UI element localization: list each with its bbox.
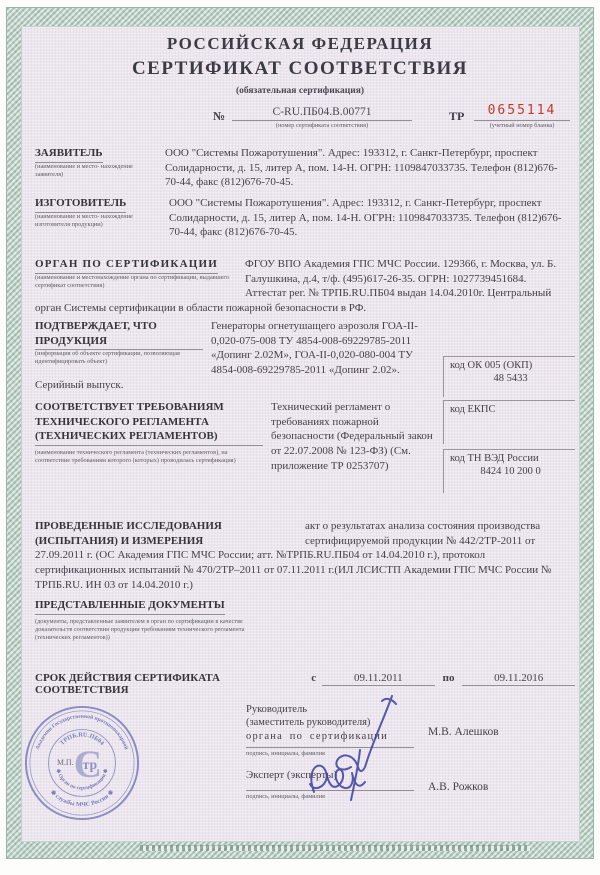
certificate-page: РОССИЙСКАЯ ФЕДЕРАЦИЯ СЕРТИФИКАТ СООТВЕТС… (0, 0, 600, 875)
stamp-mp-mark: М.П. (57, 758, 74, 767)
code-tnved-label: код ТН ВЭД России (450, 453, 571, 464)
code-tnved-value: 8424 10 200 0 (450, 464, 571, 481)
expert-name: А.В. Рожков (428, 781, 488, 793)
applicant-caption: (наименование и место- нахождение заявит… (35, 163, 140, 179)
stamp-center-small: тр (83, 757, 98, 772)
section-product: ПОДТВЕРЖДАЕТ, ЧТО ПРОДУКЦИЯ (информация … (35, 319, 440, 392)
code-okp-value: 48 5433 (450, 371, 571, 388)
signatures-ink (288, 688, 428, 818)
validity-to-word: по (443, 672, 455, 684)
head-name: М.В. Алешков (428, 726, 499, 738)
code-tnved-box: код ТН ВЭД России 8424 10 200 0 (443, 449, 575, 493)
product-label: ПОДТВЕРЖДАЕТ, ЧТО ПРОДУКЦИЯ (35, 319, 203, 350)
validity-from-date: 09.11.2011 (322, 672, 435, 686)
section-research: ПРОВЕДЕННЫЕ ИССЛЕДОВАНИЯ (ИСПЫТАНИЯ) И И… (35, 519, 570, 592)
certificate-title: СЕРТИФИКАТ СООТВЕТСТВИЯ (0, 58, 600, 80)
section-documents: ПРЕДСТАВЛЕННЫЕ ДОКУМЕНТЫ (документы, пре… (35, 598, 570, 642)
section-requirements: СООТВЕТСТВУЕТ ТРЕБОВАНИЯМ ТЕХНИЧЕСКОГО Р… (35, 400, 435, 473)
manufacturer-caption: (наименование и место- нахождение изгото… (35, 213, 135, 229)
country-title: РОССИЙСКАЯ ФЕДЕРАЦИЯ (0, 34, 600, 54)
blank-prefix: ТР (449, 109, 464, 124)
head-signature-ink (336, 696, 396, 771)
requirements-label: СООТВЕТСТВУЕТ ТРЕБОВАНИЯМ ТЕХНИЧЕСКОГО Р… (35, 400, 263, 446)
section-certification-body: ОРГАН ПО СЕРТИФИКАЦИИ (наименование и ме… (35, 257, 570, 316)
certificate-number-caption: (номер сертификата соответствия) (232, 122, 412, 130)
blank-number-caption: (учетный номер бланка) (474, 122, 570, 130)
code-boxes: код ОК 005 (ОКП) 48 5433 код ЕКПС код ТН… (443, 356, 575, 493)
number-sign: № (213, 109, 225, 124)
code-ekps-label: код ЕКПС (450, 404, 571, 415)
product-caption: (информация об объекте сертификации, поз… (35, 350, 195, 366)
svg-text:✱ службы МЧС России ✱: ✱ службы МЧС России ✱ (49, 789, 115, 809)
validity-label: СРОК ДЕЙСТВИЯ СЕРТИФИКАТА СООТВЕТСТВИЯ (35, 672, 303, 696)
expert-signature-ink (310, 750, 365, 800)
stamp-outer-bottom-text: ✱ службы МЧС России ✱ (49, 789, 115, 809)
certification-body-label: ОРГАН ПО СЕРТИФИКАЦИИ (35, 257, 218, 274)
research-label: ПРОВЕДЕННЫЕ ИССЛЕДОВАНИЯ (ИСПЫТАНИЯ) И И… (35, 520, 222, 547)
certificate-subtitle: (обязательная сертификация) (0, 86, 600, 96)
validity-to-date: 09.11.2016 (462, 672, 575, 686)
validity-from-word: с (311, 672, 316, 684)
code-ekps-box: код ЕКПС (443, 400, 575, 444)
section-applicant: ЗАЯВИТЕЛЬ (наименование и место- нахожде… (35, 146, 570, 190)
manufacturer-label: ИЗГОТОВИТЕЛЬ (35, 196, 126, 213)
code-okp-label: код ОК 005 (ОКП) (450, 360, 571, 371)
requirements-caption: (наименование технического регламента (т… (35, 449, 245, 465)
certification-stamp: Академии Государственной противопожарной… (23, 704, 141, 822)
applicant-label: ЗАЯВИТЕЛЬ (35, 146, 103, 163)
code-ekps-value (450, 415, 571, 421)
code-okp-box: код ОК 005 (ОКП) 48 5433 (443, 356, 575, 397)
certificate-number: C-RU.ПБ04.В.00771 (232, 106, 412, 121)
certification-body-caption: (наименование и местонахождение органа п… (35, 274, 231, 290)
documents-caption: (документы, представленные заявителем в … (35, 618, 260, 643)
section-manufacturer: ИЗГОТОВИТЕЛЬ (наименование и место- нахо… (35, 196, 570, 240)
blank-number: 0655114 (474, 103, 570, 121)
documents-label: ПРЕДСТАВЛЕННЫЕ ДОКУМЕНТЫ (35, 598, 225, 615)
